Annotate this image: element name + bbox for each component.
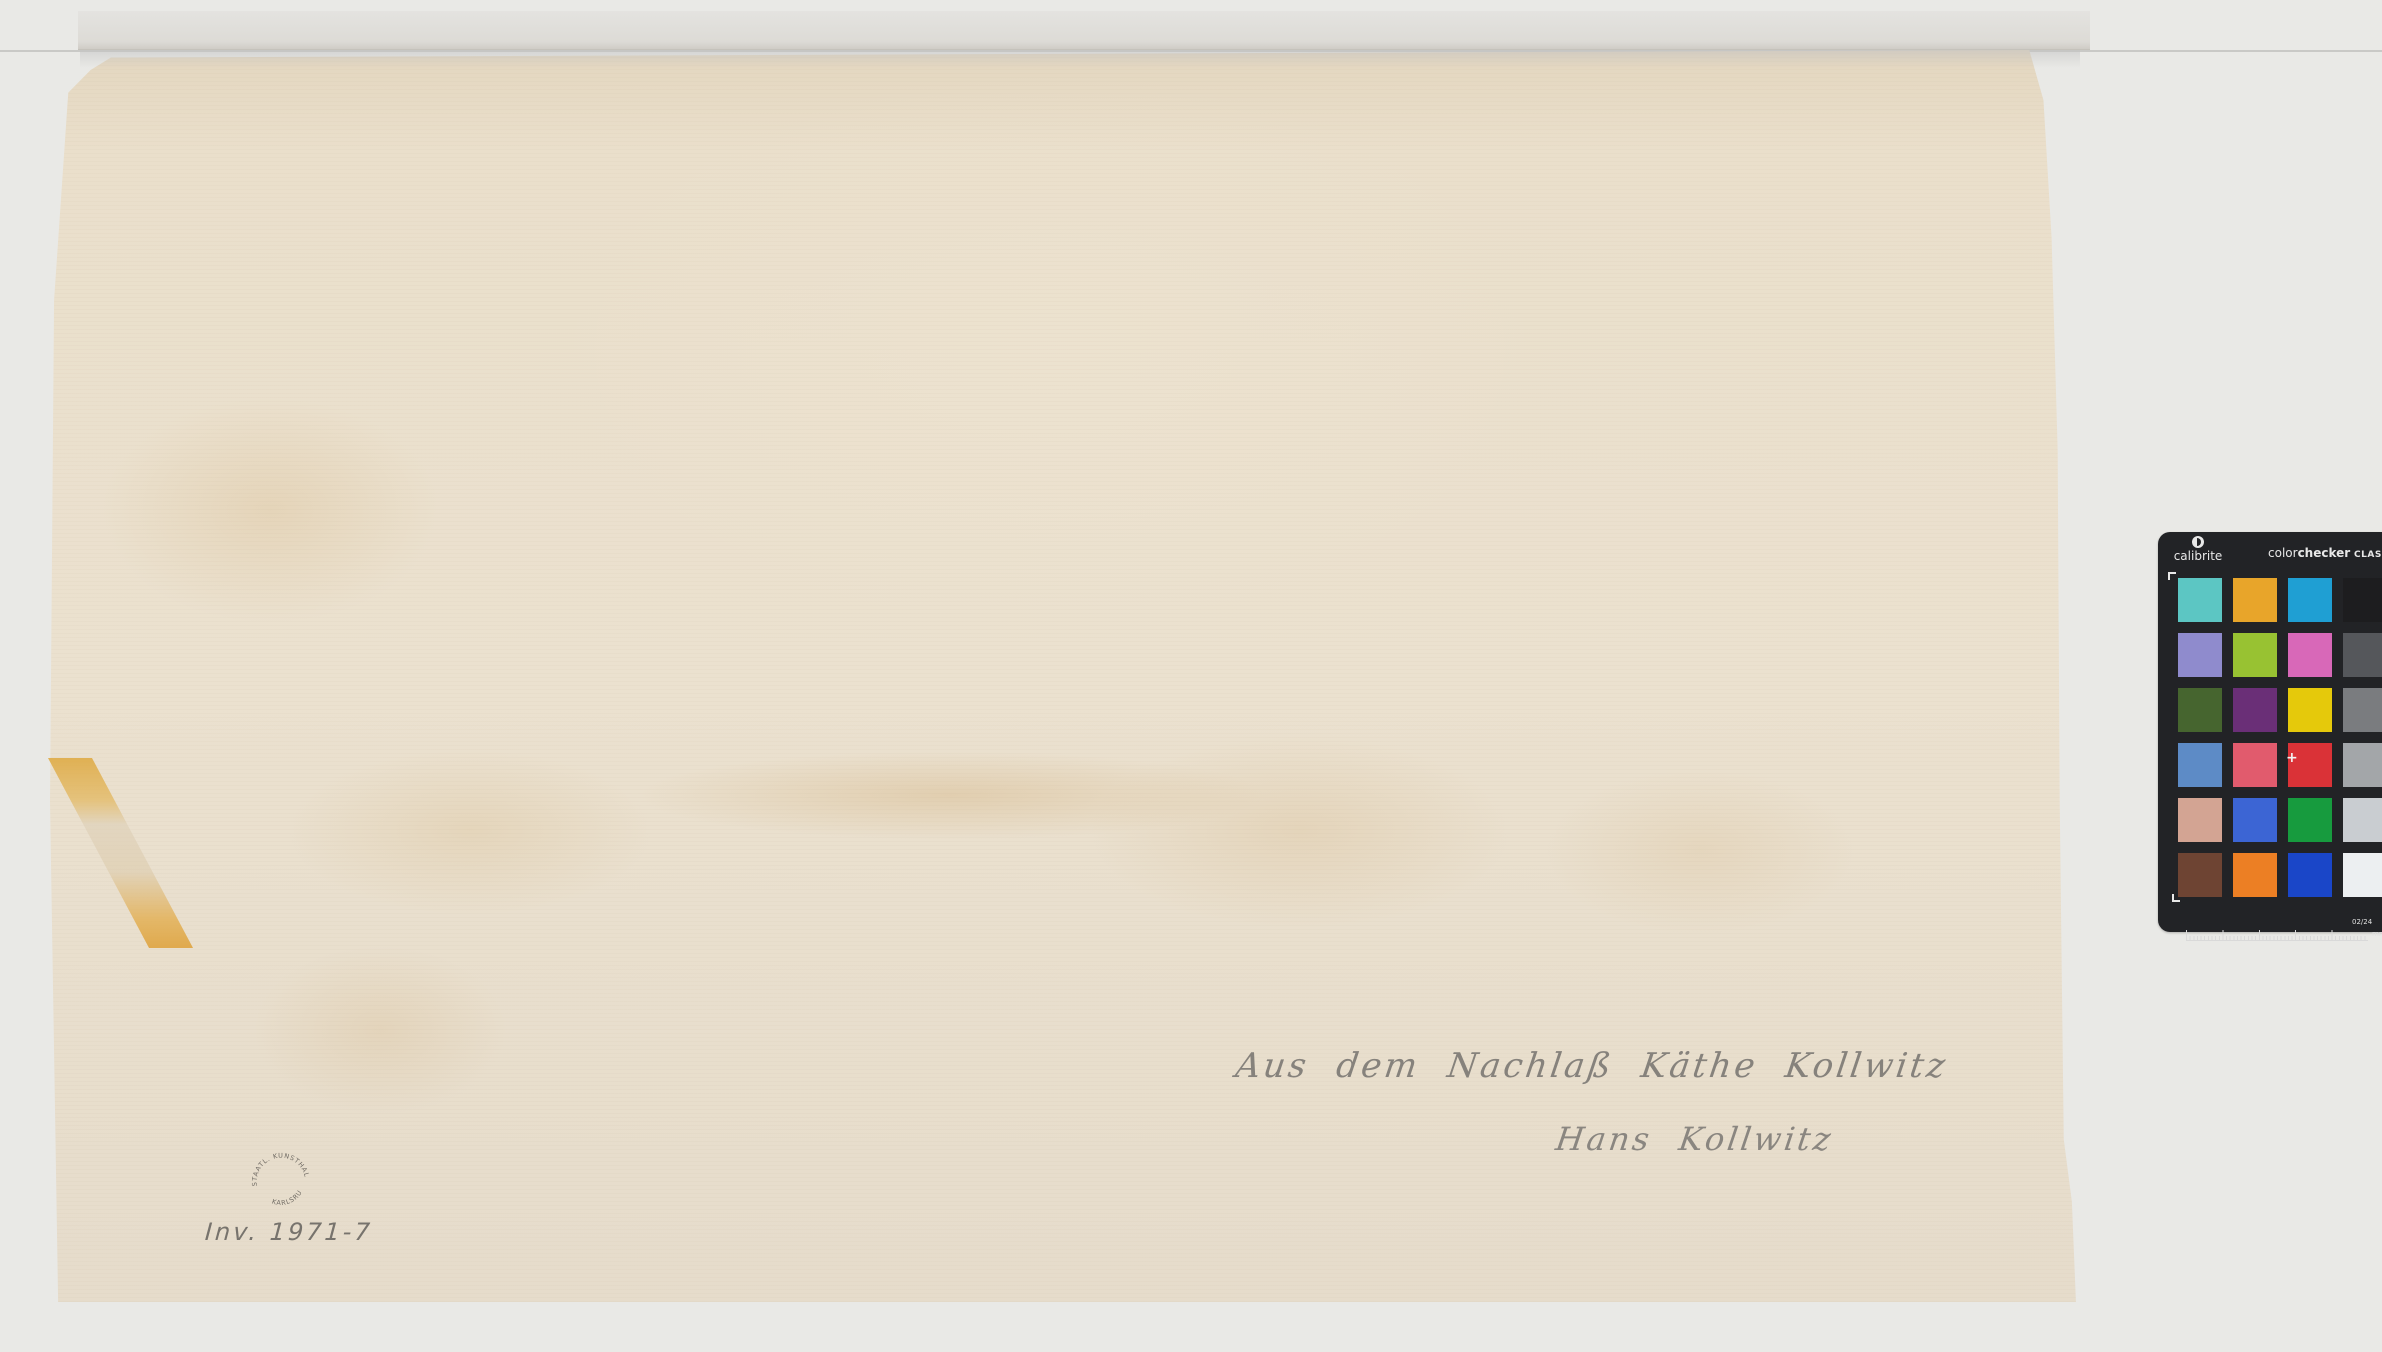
color-patch xyxy=(2343,853,2382,897)
color-patch xyxy=(2233,853,2277,897)
svg-text:STAATL. KUNSTHALLE: STAATL. KUNSTHALLE xyxy=(248,1148,311,1187)
color-patch xyxy=(2178,798,2222,842)
color-patch xyxy=(2233,578,2277,622)
color-patch xyxy=(2343,798,2382,842)
color-patch xyxy=(2288,633,2332,677)
card-brand-name: calibrite xyxy=(2168,549,2228,563)
stamp-top-text: STAATL. KUNSTHALLE xyxy=(248,1148,311,1187)
color-patch xyxy=(2288,688,2332,732)
color-patch xyxy=(2343,578,2382,622)
stamp-circle-icon: STAATL. KUNSTHALLE KARLSRUHE xyxy=(248,1148,314,1214)
color-patch xyxy=(2233,743,2277,787)
corner-mark-bottom-left-icon xyxy=(2172,894,2180,902)
card-title-bold: checker xyxy=(2298,546,2351,560)
color-patch xyxy=(2288,578,2332,622)
corner-mark-top-left-icon xyxy=(2168,572,2176,580)
paper-top-shadow xyxy=(80,50,2080,68)
card-title-suffix: CLASSIC xyxy=(2354,550,2382,560)
color-patch xyxy=(2288,798,2332,842)
color-patch xyxy=(2288,853,2332,897)
card-title: colorchecker CLASSIC xyxy=(2268,546,2382,560)
signature-inscription: Hans Kollwitz xyxy=(1553,1120,1836,1158)
card-brand: calibrite xyxy=(2168,536,2228,563)
card-title-prefix: color xyxy=(2268,546,2298,560)
color-patch xyxy=(2178,853,2222,897)
color-patch xyxy=(2178,743,2222,787)
mounting-strip xyxy=(78,11,2090,50)
color-patch xyxy=(2343,743,2382,787)
ruler-unit: mm xyxy=(2372,930,2382,938)
crosshair-icon: + xyxy=(2286,751,2298,765)
inventory-number: Inv. 1971-7 xyxy=(204,1218,374,1246)
color-patch xyxy=(2178,578,2222,622)
mm-ruler xyxy=(2186,930,2368,941)
paper-sheet-verso xyxy=(50,50,2080,1302)
color-patch xyxy=(2233,633,2277,677)
museum-stamp: STAATL. KUNSTHALLE KARLSRUHE xyxy=(248,1148,314,1214)
color-patch xyxy=(2343,633,2382,677)
color-patch xyxy=(2178,688,2222,732)
color-patch xyxy=(2233,688,2277,732)
card-code: 02/24 xyxy=(2352,918,2372,926)
color-patch xyxy=(2233,798,2277,842)
color-patch-grid xyxy=(2178,578,2382,897)
color-patch xyxy=(2343,688,2382,732)
color-checker-card: calibrite colorchecker CLASSIC + 02/24 m… xyxy=(2158,532,2382,932)
calibrite-logo-icon xyxy=(2192,536,2204,548)
provenance-inscription: Aus dem Nachlaß Käthe Kollwitz xyxy=(1233,1046,1950,1086)
color-patch xyxy=(2178,633,2222,677)
